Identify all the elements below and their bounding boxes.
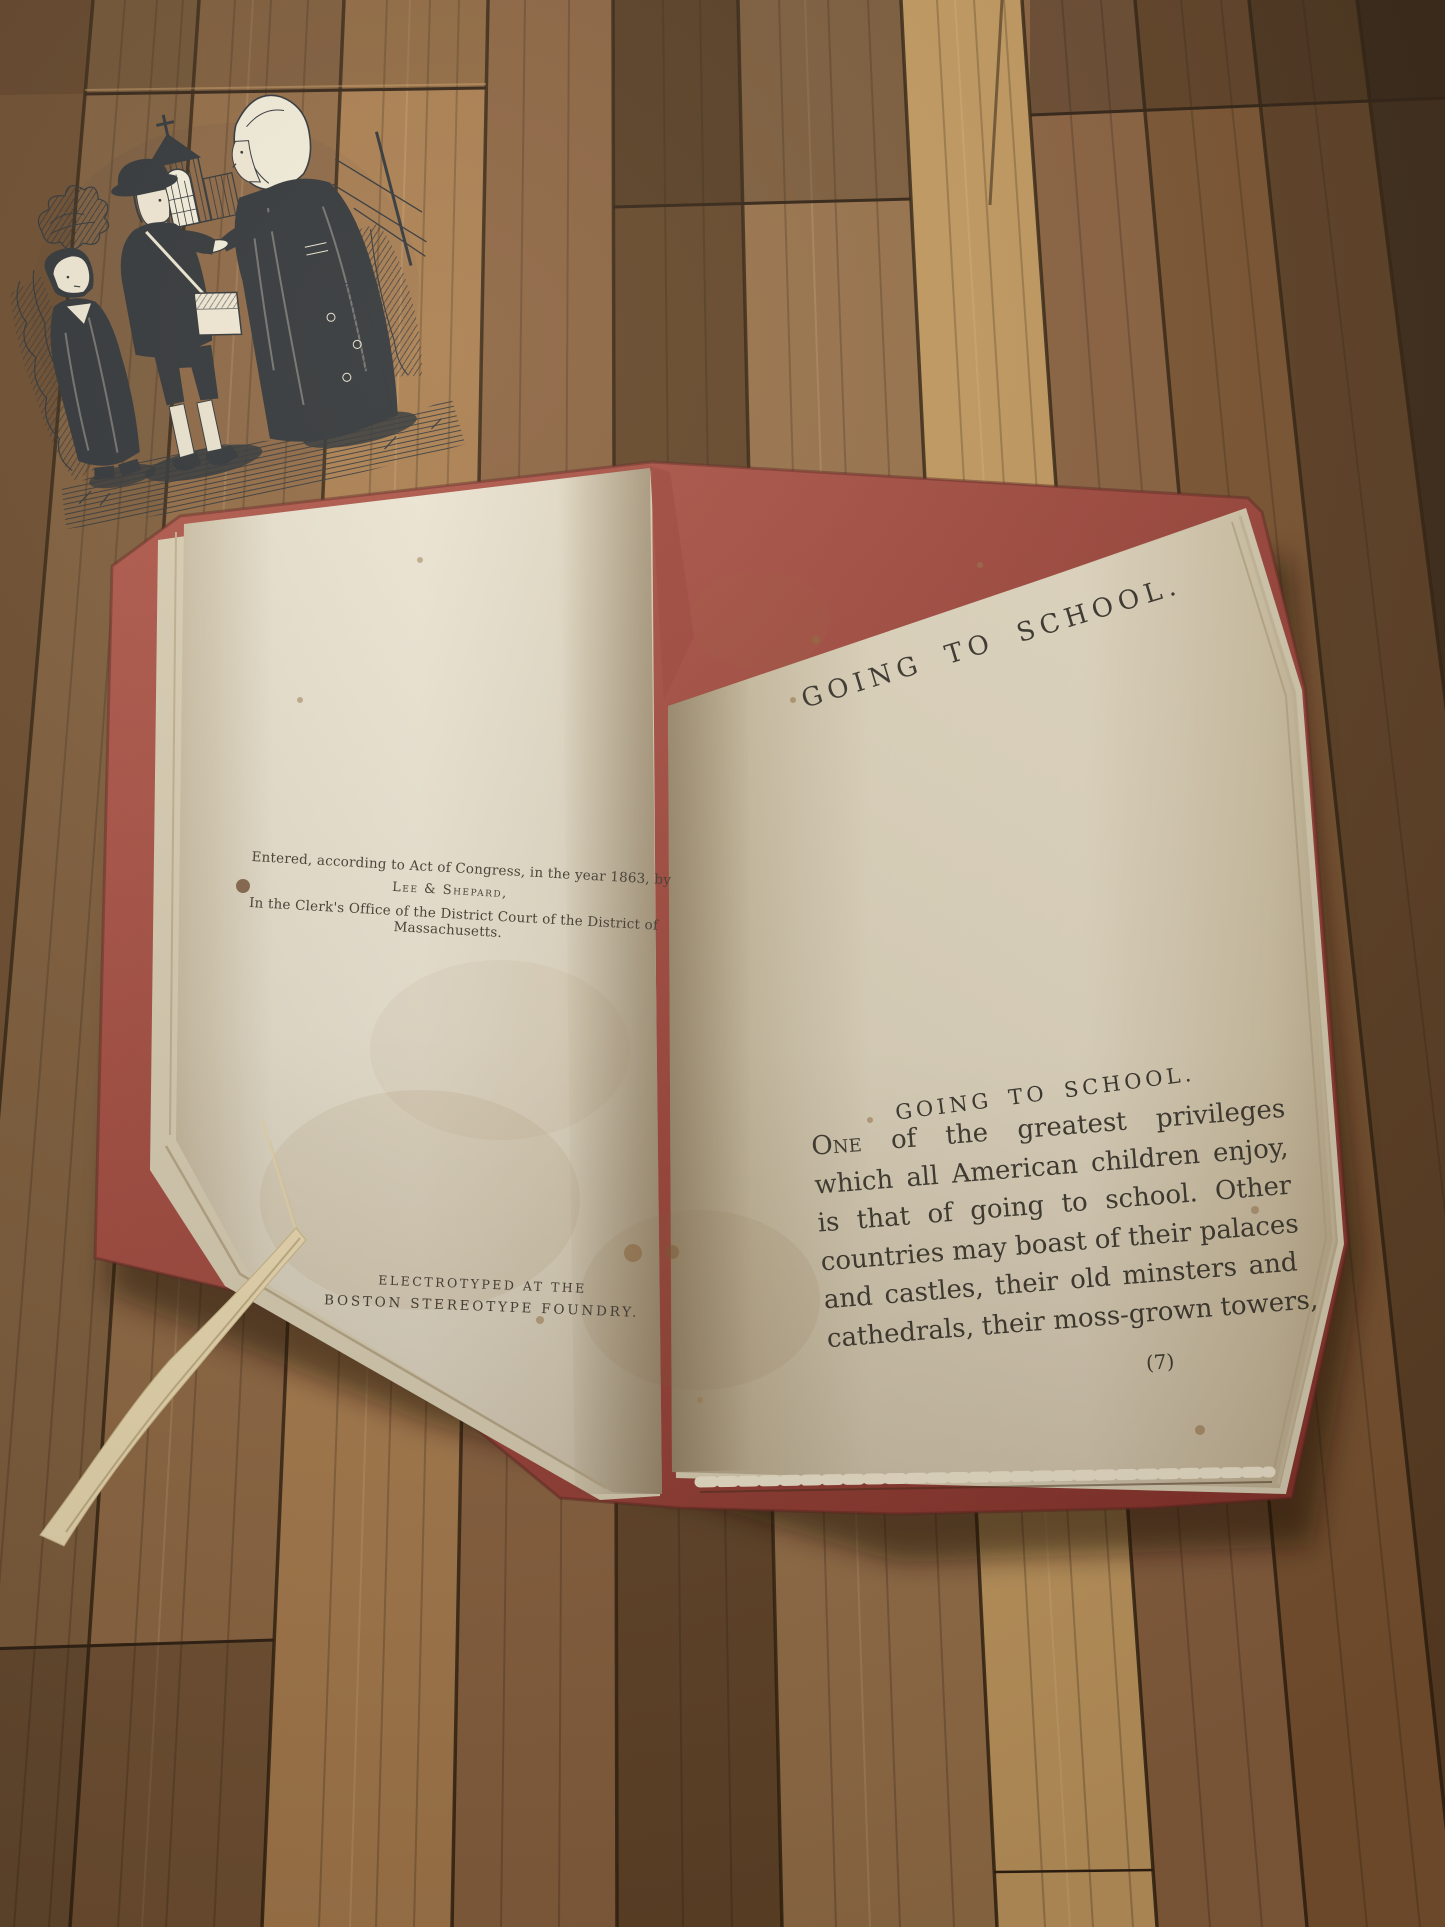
body-text: One of the greatest privileges which all…: [810, 1090, 1302, 1358]
page-number: (7): [1145, 1349, 1175, 1375]
body-line-lead: One: [810, 1128, 862, 1162]
photo-of-open-book: Entered, according to Act of Congress, i…: [0, 0, 1445, 1927]
